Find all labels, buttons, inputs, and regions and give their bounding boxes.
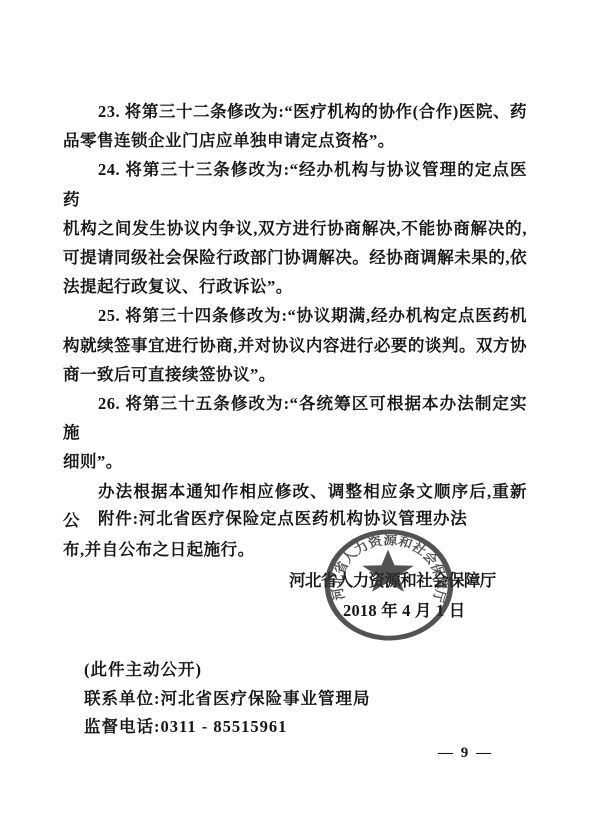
body-line: 法提起行政复议、行政诉讼”。	[63, 272, 527, 301]
body-line: 23. 将第三十二条修改为:“医疗机构的协作(合作)医院、药	[63, 97, 527, 126]
body-line: 细则”。	[63, 447, 527, 476]
contact-unit: 联系单位:河北省医疗保险事业管理局	[84, 685, 371, 709]
disclosure-note: (此件主动公开)	[84, 656, 202, 680]
body-line: 26. 将第三十五条修改为:“各统筹区可根据本办法制定实施	[63, 389, 527, 447]
page-number: — 9 —	[438, 745, 493, 762]
body-line: 24. 将第三十三条修改为:“经办机构与协议管理的定点医药	[63, 155, 527, 213]
body-line: 品零售连锁企业门店应单独申请定点资格”。	[63, 126, 527, 155]
document-body: 23. 将第三十二条修改为:“医疗机构的协作(合作)医院、药品零售连锁企业门店应…	[63, 97, 527, 564]
body-line: 25. 将第三十四条修改为:“协议期满,经办机构定点医药机	[63, 301, 527, 330]
attachment-line: 附件:河北省医疗保险定点医药机构协议管理办法	[98, 505, 468, 529]
document-page: 23. 将第三十二条修改为:“医疗机构的协作(合作)医院、药品零售连锁企业门店应…	[0, 0, 592, 838]
issuer-signature: 河北省人力资源和社会保障厅	[289, 567, 496, 591]
body-line: 机构之间发生协议内争议,双方进行协商解决,不能协商解决的,	[63, 214, 527, 243]
issue-date: 2018 年 4 月 1 日	[343, 597, 465, 621]
body-line: 布,并自公布之日起施行。	[63, 535, 527, 564]
body-line: 可提请同级社会保险行政部门协调解决。经协商调解未果的,依	[63, 243, 527, 272]
body-line: 商一致后可直接续签协议”。	[63, 360, 527, 389]
supervision-phone: 监督电话:0311 - 85515961	[84, 713, 287, 737]
body-line: 构就续签事宜进行协商,并对协议内容进行必要的谈判。双方协	[63, 331, 527, 360]
